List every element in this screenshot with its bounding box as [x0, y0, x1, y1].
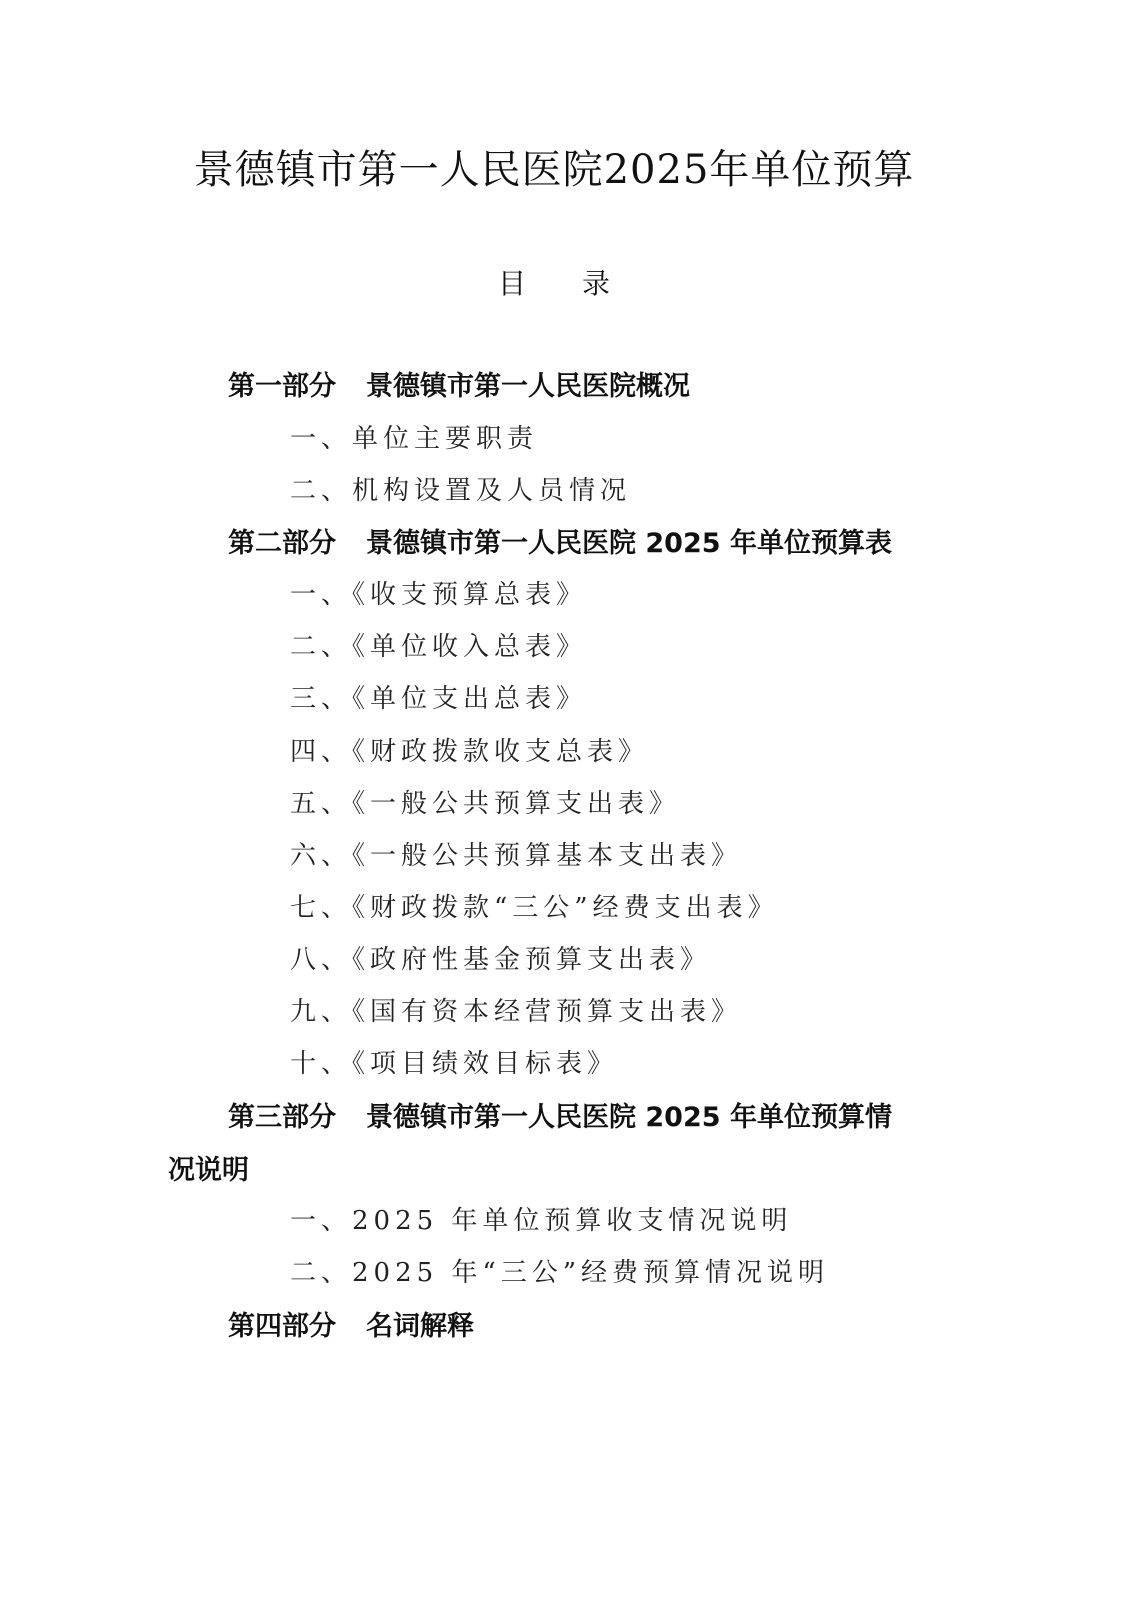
- part-label: 第四部分: [228, 1311, 336, 1342]
- toc-part-2[interactable]: 第二部分景德镇市第一人民医院 2025 年单位预算表: [228, 521, 892, 560]
- toc-item[interactable]: 九、《国有资本经营预算支出表》: [290, 991, 742, 1028]
- part-label: 第三部分: [228, 1102, 336, 1133]
- part-title-line1: 景德镇市第一人民医院 2025 年单位预算情: [366, 1102, 892, 1133]
- document-title: 景德镇市第一人民医院2025年单位预算: [0, 138, 1108, 195]
- toc-part-4[interactable]: 第四部分名词解释: [228, 1304, 474, 1343]
- toc-item[interactable]: 二、《单位收入总表》: [290, 626, 587, 663]
- toc-item[interactable]: 五、《一般公共预算支出表》: [290, 783, 680, 820]
- part-label: 第二部分: [228, 528, 336, 559]
- part-title: 景德镇市第一人民医院 2025 年单位预算表: [366, 528, 892, 559]
- toc-item[interactable]: 六、《一般公共预算基本支出表》: [290, 835, 742, 872]
- toc-item[interactable]: 二、2025 年“三公”经费预算情况说明: [290, 1252, 829, 1289]
- toc-item[interactable]: 一、2025 年单位预算收支情况说明: [290, 1200, 792, 1237]
- part-title: 景德镇市第一人民医院概况: [366, 371, 690, 402]
- toc-part-1[interactable]: 第一部分景德镇市第一人民医院概况: [228, 364, 690, 403]
- toc-item[interactable]: 四、《财政拨款收支总表》: [290, 731, 649, 768]
- toc-item[interactable]: 八、《政府性基金预算支出表》: [290, 939, 711, 976]
- toc-item[interactable]: 一、单位主要职责: [290, 418, 538, 455]
- toc-heading: 目录: [0, 262, 1108, 302]
- part-label: 第一部分: [228, 371, 336, 402]
- toc-item[interactable]: 十、《项目绩效目标表》: [290, 1043, 618, 1080]
- part-title: 名词解释: [366, 1311, 474, 1342]
- toc-part-3[interactable]: 第三部分景德镇市第一人民医院 2025 年单位预算情: [228, 1095, 892, 1134]
- toc-item[interactable]: 七、《财政拨款“三公”经费支出表》: [290, 887, 779, 924]
- toc-item[interactable]: 一、《收支预算总表》: [290, 574, 587, 611]
- part-title-line2[interactable]: 况说明: [168, 1148, 249, 1187]
- toc-item[interactable]: 二、机构设置及人员情况: [290, 470, 631, 507]
- toc-item[interactable]: 三、《单位支出总表》: [290, 678, 587, 715]
